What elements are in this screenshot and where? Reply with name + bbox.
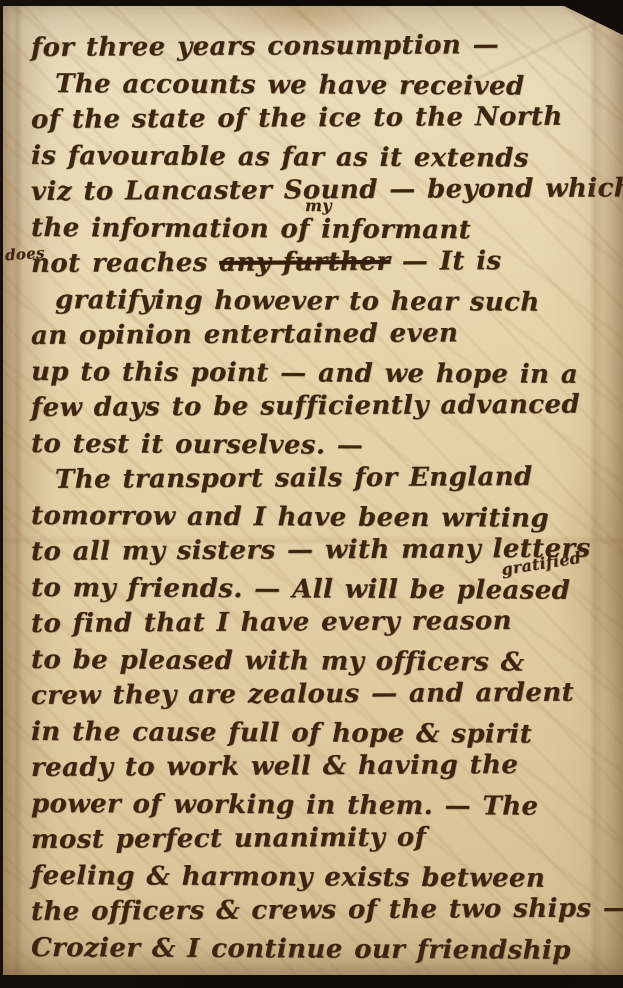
manuscript-line: few days to be sufficiently advanced xyxy=(31,386,623,426)
manuscript-line: for three years consumption — xyxy=(31,26,623,66)
manuscript-line: of the state of the ice to the North xyxy=(31,98,623,138)
manuscript-line: to find that I have every reason xyxy=(31,602,623,642)
manuscript-line: ready to work well & having the xyxy=(31,746,623,786)
manuscript-page: for three years consumption — The accoun… xyxy=(3,6,623,975)
line-text: not reaches xyxy=(31,248,219,279)
line-text: — It is xyxy=(390,246,501,277)
manuscript-line: Crozier & I continue our friendship xyxy=(31,930,623,969)
letter-body: for three years consumption — The accoun… xyxy=(31,30,623,966)
manuscript-line: an opinion entertained even xyxy=(31,314,623,354)
margin-insertion-does: does xyxy=(4,245,45,264)
manuscript-line: crew they are zealous — and ardent xyxy=(31,674,623,714)
manuscript-line: the officers & crews of the two ships — xyxy=(31,890,623,930)
photo-background: for three years consumption — The accoun… xyxy=(0,0,623,988)
manuscript-line-with-deletion: not reaches any further — It is xyxy=(31,242,623,282)
struck-out-text: any further xyxy=(219,247,390,278)
manuscript-line: The transport sails for England xyxy=(31,458,623,498)
interlinear-insertion-my: my xyxy=(305,198,332,214)
manuscript-line: most perfect unanimity of xyxy=(31,818,623,858)
